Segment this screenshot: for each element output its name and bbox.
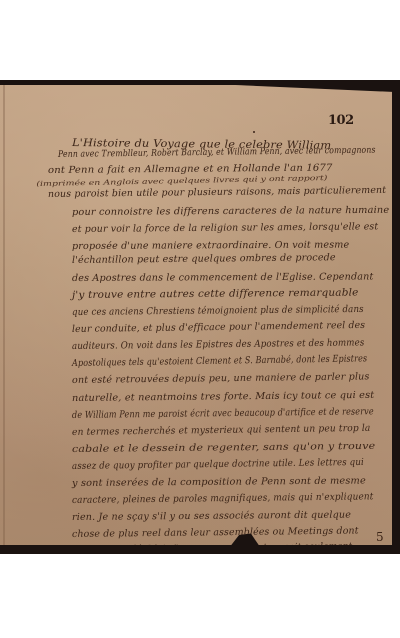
text-line: de William Penn me paroist écrit avec be… — [72, 406, 374, 421]
text-line: pour connoistre les differens caracteres… — [72, 205, 389, 218]
text-line: leur conduite, et plus d'efficace pour l… — [72, 320, 365, 335]
paper-edge — [3, 85, 5, 545]
text-line: Apostoliques tels qu'estoient Clement et… — [72, 353, 367, 369]
text-line: assez de quoy profiter par quelque doctr… — [72, 457, 364, 472]
text-line: que ces anciens Chrestiens témoignoient … — [72, 304, 364, 318]
text-line: caractere, pleines de paroles magnifique… — [72, 491, 374, 506]
text-line: y sont inserées de la composition de Pen… — [72, 475, 366, 489]
text-line: rien. Je ne sçay s'il y ou ses associés … — [72, 510, 351, 523]
manuscript-scan: 102 L'Histoire du Voyage que le celebre … — [0, 80, 400, 554]
text-line: j'y trouve entre autres cette difference… — [72, 288, 359, 301]
document-viewer: 102 L'Histoire du Voyage que le celebre … — [0, 0, 400, 638]
text-line: chose de plus reel dans leur assemblées … — [72, 525, 359, 540]
text-line: des Apostres dans le commencement de l'E… — [72, 271, 373, 284]
ink-dot — [253, 131, 255, 133]
text-line: naturelle, et neantmoins tres forte. Mai… — [72, 390, 374, 404]
text-line: il est tant parlé. Mais j'ay peur que le… — [70, 541, 352, 554]
manuscript-page: 102 L'Histoire du Voyage que le celebre … — [0, 85, 392, 545]
text-line: nous paroist bien utile pour plusieurs r… — [48, 185, 386, 200]
text-line: et pour voir la force de la religion sur… — [72, 221, 378, 235]
text-line: proposée d'une maniere extraordinaire. O… — [72, 240, 349, 252]
text-line: cabale et le dessein de regenter, sans q… — [72, 441, 375, 455]
margin-note: 5 — [376, 530, 384, 544]
text-line: auditeurs. On voit dans les Epistres des… — [72, 337, 365, 352]
page-number: 102 — [328, 113, 354, 128]
text-line: en termes recherchés et mysterieux qui s… — [72, 423, 371, 438]
text-line: l'échantillon peut estre quelques ombres… — [72, 252, 336, 266]
text-line: ont esté retrouvées depuis peu, une mani… — [72, 371, 370, 386]
